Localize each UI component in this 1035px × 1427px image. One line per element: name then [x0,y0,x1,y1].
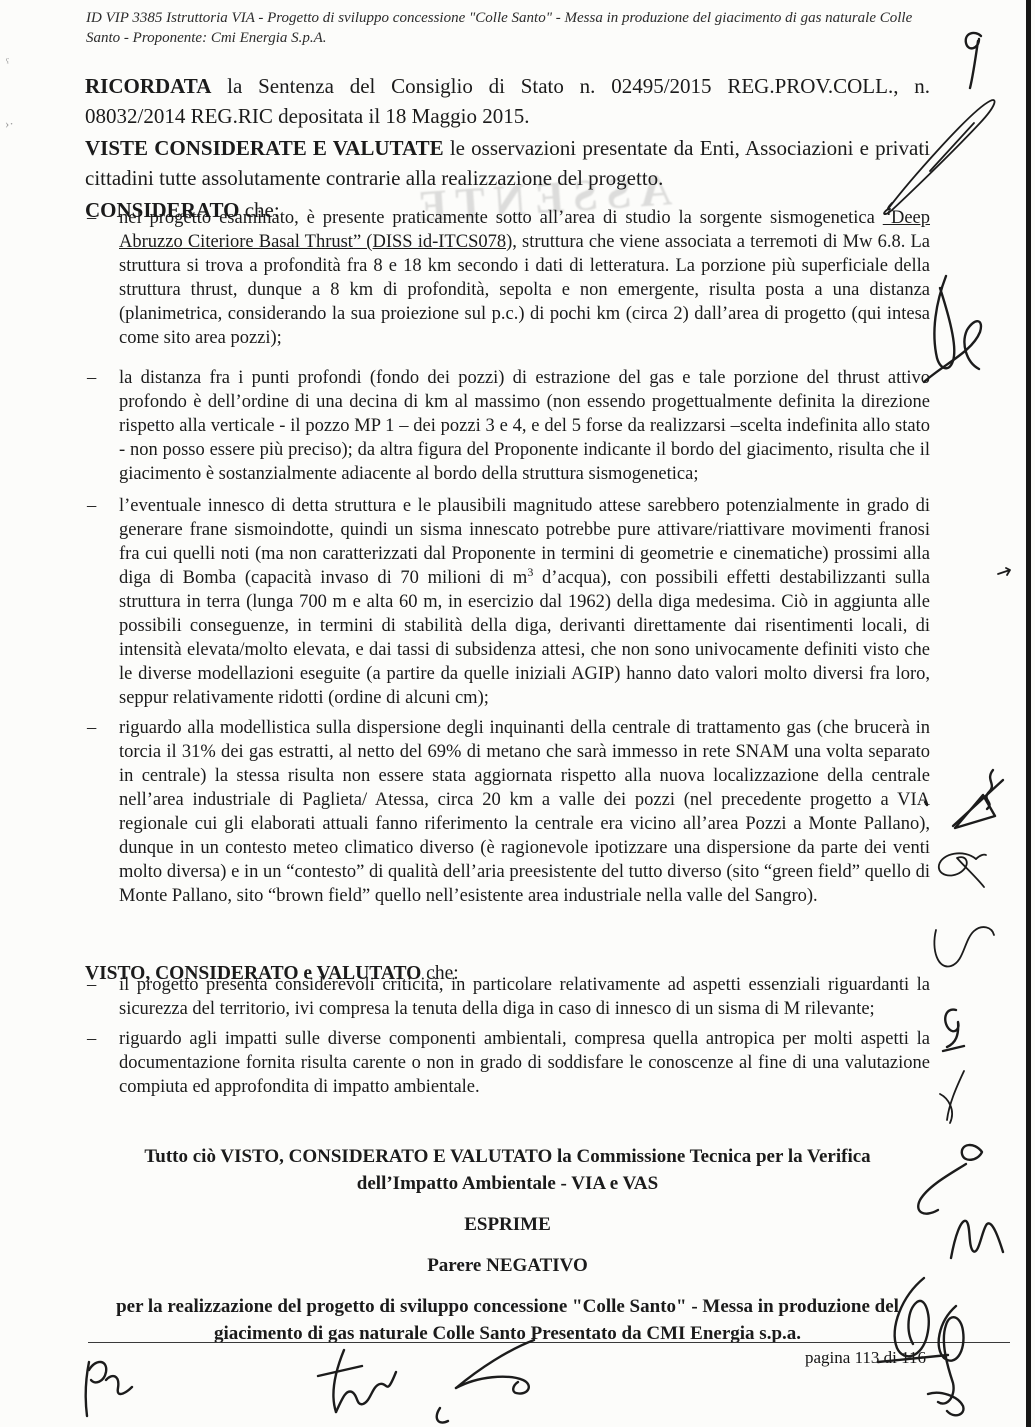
list-item: –la distanza fra i punti profondi (fondo… [85,366,930,486]
signature-scribble [934,1066,972,1128]
bullet-dash: – [87,973,96,997]
paragraph-text: la Sentenza del Consiglio di Stato n. 02… [85,74,930,128]
signature-scribble [920,845,988,893]
paragraph-ricordata: RICORDATA la Sentenza del Consiglio di S… [85,71,930,131]
signature-scribble [943,1210,1007,1268]
conclusion-line: per la realizzazione del progetto di svi… [116,1296,899,1317]
signature-scribble [928,918,998,976]
scan-speck: ˁ [6,55,9,71]
paragraph-lead: VISTE CONSIDERATE E VALUTATE [85,136,444,160]
list-item: –riguardo agli impatti sulle diverse com… [85,1027,930,1099]
signature-scribble [916,270,996,390]
scan-speck: ›· [5,116,14,132]
esprime-heading: ESPRIME [85,1211,930,1238]
signature-scribble [876,1270,992,1426]
bullet-dash: – [87,366,96,390]
list-item: –riguardo alla modellistica sulla disper… [85,716,930,908]
bullet-text: riguardo agli impatti sulle diverse comp… [119,1029,930,1097]
bullet-text: nel progetto esaminato, è presente prati… [119,208,883,228]
list-item: –nel progetto esaminato, è presente prat… [85,206,930,350]
conclusion-block: Tutto ciò VISTO, CONSIDERATO E VALUTATO … [85,1143,930,1347]
signature-scribble [878,93,1004,221]
bullet-text: la distanza fra i punti profondi (fondo … [119,368,930,484]
list-item: –l’eventuale innesco di detta struttura … [85,494,930,710]
document-page: ASSENTE ID VIP 3385 Istruttoria VIA - Pr… [0,0,1035,1427]
signature-scribble [945,28,995,93]
bullet-text: riguardo alla modellistica sulla dispers… [119,718,930,906]
document-header: ID VIP 3385 Istruttoria VIA - Progetto d… [86,8,936,48]
signature-scribble [996,566,1014,580]
bullet-dash: – [87,716,96,740]
bullet-dash: – [87,494,96,518]
conclusion-commission: Tutto ciò VISTO, CONSIDERATO E VALUTATO … [85,1143,930,1197]
list-item: –il progetto presenta considerevoli crit… [85,973,930,1021]
parere-negativo-heading: Parere NEGATIVO [85,1252,930,1279]
signature-scribble [80,1350,144,1422]
signature-scribble [310,1342,406,1422]
paragraph-lead: RICORDATA [85,74,211,98]
signature-scribble [936,1002,970,1058]
conclusion-line: Tutto ciò VISTO, CONSIDERATO E VALUTATO … [144,1146,870,1167]
bullet-dash: – [87,1027,96,1051]
conclusion-line: dell’Impatto Ambientale - VIA e VAS [357,1173,658,1194]
considerato-bullet-list: –nel progetto esaminato, è presente prat… [85,206,930,914]
footer-divider [88,1342,1010,1343]
bullet-text: d’acqua), con possibili effetti destabil… [119,568,930,708]
signature-scribble [426,1330,542,1426]
paragraph-viste: VISTE CONSIDERATE E VALUTATE le osservaz… [85,133,930,193]
scan-edge-artifact [1026,0,1031,1427]
bullet-dash: – [87,206,96,230]
visto-bullet-list: –il progetto presenta considerevoli crit… [85,973,930,1099]
bullet-text: il progetto presenta considerevoli criti… [119,975,930,1019]
